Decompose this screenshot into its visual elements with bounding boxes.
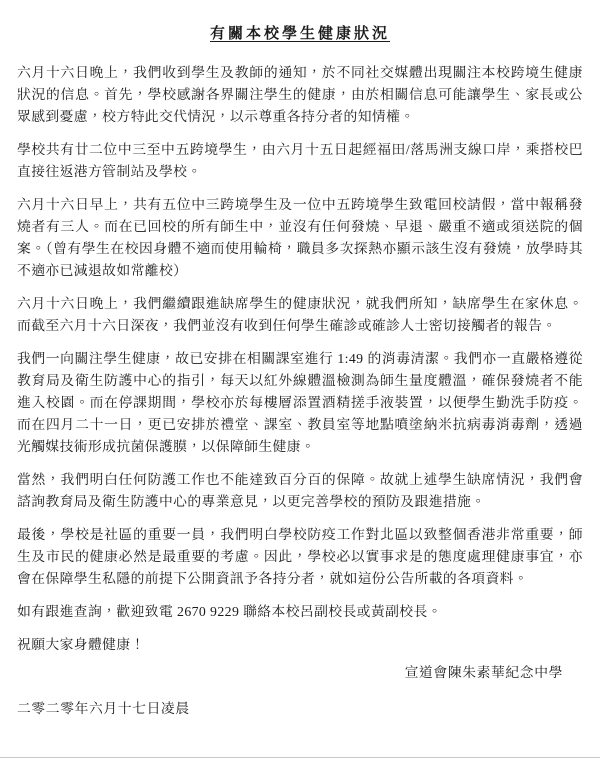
document-date: 二零二零年六月十七日凌晨 [17,698,583,720]
signature-school-name: 宣道會陳朱素華紀念中學 [17,662,583,684]
paragraph-community-responsibility: 最後，學校是社區的重要一員，我們明白學校防疫工作對北區以致整個香港非常重要，師生… [17,524,583,590]
document-title: 有關本校學生健康狀況 [17,24,583,44]
paragraph-well-wishes: 祝願大家身體健康！ [17,634,583,656]
paragraph-absence-report: 六月十六日早上，共有五位中三跨境學生及一位中五跨境學生致電回校請假，當中報稱發燒… [17,194,583,282]
paragraph-hygiene-measures: 我們一向關注學生健康，故已安排在相關課室進行 1:49 的消毒清潔。我們亦一直嚴… [17,348,583,458]
paragraph-follow-up: 六月十六日晚上，我們繼續跟進缺席學生的健康狀況，就我們所知，缺席學生在家休息。而… [17,293,583,337]
paragraph-enquiry-contact: 如有跟進查詢，歡迎致電 2670 9229 聯絡本校呂副校長或黃副校長。 [17,601,583,623]
paragraph-consultation: 當然，我們明白任何防護工作也不能達致百分百的保障。故就上述學生缺席情況，我們會諮… [17,469,583,513]
paragraph-intro: 六月十六日晚上，我們收到學生及教師的通知，於不同社交媒體出現關注本校跨境生健康狀… [17,62,583,128]
paragraph-cross-border-students: 學校共有廿二位中三至中五跨境學生，由六月十五日起經福田/落馬洲支線口岸，乘搭校巴… [17,139,583,183]
page-bottom-edge-line [0,757,600,758]
notice-document-page: 有關本校學生健康狀況 六月十六日晚上，我們收到學生及教師的通知，於不同社交媒體出… [0,0,600,760]
